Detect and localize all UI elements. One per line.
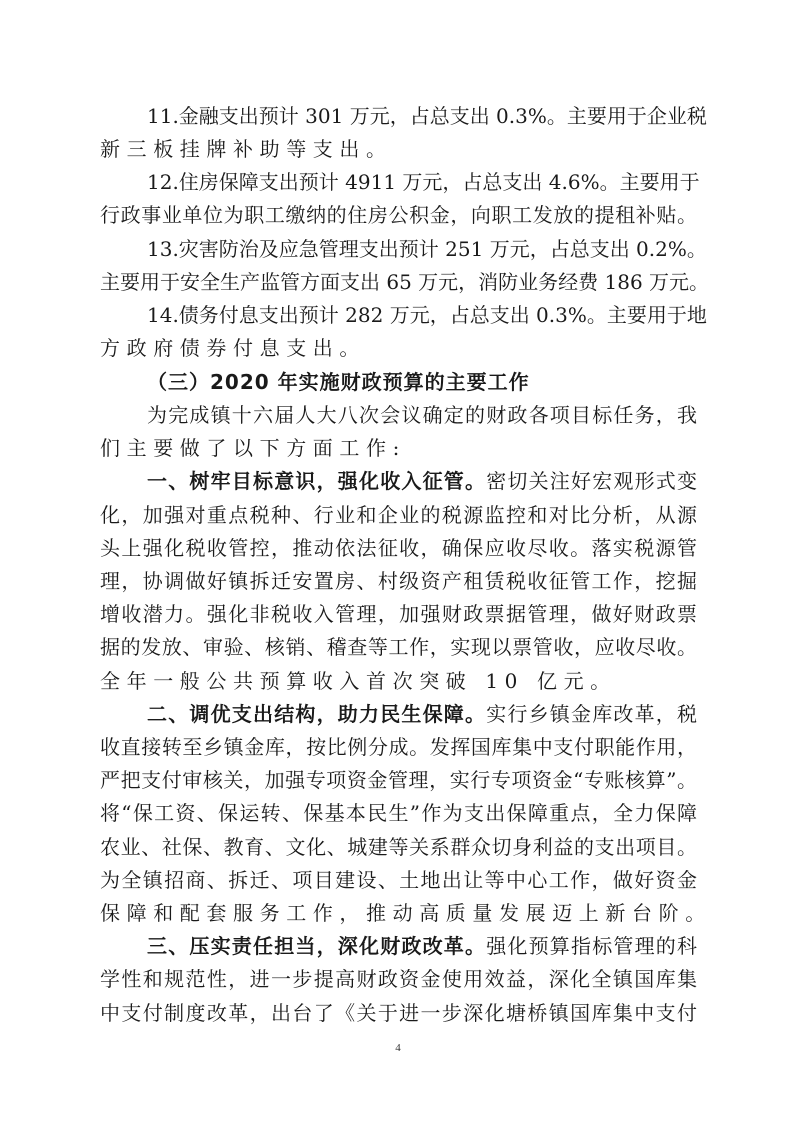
paragraph-line: 们主要做了以下方面工作:: [100, 432, 697, 465]
paragraph-line: 据的发放、审验、核销、稽查等工作，实现以票管收，应收尽收。: [100, 631, 697, 664]
paragraph-line: 13.灾害防治及应急管理支出预计 251 万元，占总支出 0.2%。: [147, 233, 697, 266]
bold-lead-text: 一、树牢目标意识，强化收入征管。: [147, 469, 486, 493]
paragraph-line: 农业、社保、教育、文化、城建等关系群众切身利益的支出项目。: [100, 831, 697, 864]
bold-lead-text: 二、调优支出结构，助力民生保障。: [147, 702, 486, 726]
paragraph-line: 学性和规范性，进一步提高财政资金使用效益，深化全镇国库集: [100, 963, 697, 996]
paragraph-line: 理，协调做好镇拆迁安置房、村级资产租赁税收征管工作，挖掘: [100, 565, 697, 598]
paragraph-line: 行政事业单位为职工缴纳的住房公积金，向职工发放的提租补贴。: [100, 199, 697, 232]
paragraph-line: 为完成镇十六届人大八次会议确定的财政各项目标任务，我: [147, 399, 697, 432]
paragraph-line: 为全镇招商、拆迁、项目建设、土地出让等中心工作，做好资金: [100, 864, 697, 897]
paragraph-line: 三、压实责任担当，深化财政改革。强化预算指标管理的科: [147, 930, 697, 963]
paragraph-text: 密切关注好宏观形式变: [486, 469, 697, 493]
paragraph-text: 实行乡镇金库改革，税: [486, 702, 697, 726]
paragraph-line: 收直接转至乡镇金库，按比例分成。发挥国库集中支付职能作用，: [100, 731, 697, 764]
section-heading: （三）2020 年实施财政预算的主要工作: [147, 366, 697, 399]
paragraph-line: 新三板挂牌补助等支出。: [100, 133, 697, 166]
paragraph-line: 头上强化税收管控，推动依法征收，确保应收尽收。落实税源管: [100, 532, 697, 565]
paragraph-line: 二、调优支出结构，助力民生保障。实行乡镇金库改革，税: [147, 698, 697, 731]
paragraph-line: 14.债务付息支出预计 282 万元，占总支出 0.3%。主要用于地: [147, 299, 697, 332]
paragraph-text: 强化预算指标管理的科: [486, 934, 697, 958]
paragraph-line: 一、树牢目标意识，强化收入征管。密切关注好宏观形式变: [147, 465, 697, 498]
paragraph-line: 中支付制度改革，出台了《关于进一步深化塘桥镇国库集中支付: [100, 997, 697, 1030]
paragraph-line: 12.住房保障支出预计 4911 万元，占总支出 4.6%。主要用于: [147, 166, 697, 199]
paragraph-line: 11.金融支出预计 301 万元，占总支出 0.3%。主要用于企业税: [147, 100, 697, 133]
document-page: 11.金融支出预计 301 万元，占总支出 0.3%。主要用于企业税 新三板挂牌…: [0, 0, 793, 1122]
paragraph-line: 全年一般公共预算收入首次突破 10 亿元。: [100, 665, 697, 698]
paragraph-line: 化，加强对重点税种、行业和企业的税源监控和对比分析，从源: [100, 499, 697, 532]
bold-lead-text: 三、压实责任担当，深化财政改革。: [147, 934, 486, 958]
paragraph-line: 增收潜力。强化非税收入管理，加强财政票据管理，做好财政票: [100, 598, 697, 631]
paragraph-line: 主要用于安全生产监管方面支出 65 万元，消防业务经费 186 万元。: [100, 266, 697, 299]
paragraph-line: 保障和配套服务工作，推动高质量发展迈上新台阶。: [100, 897, 697, 930]
page-number: 4: [390, 1042, 406, 1054]
paragraph-line: 方政府债券付息支出。: [100, 332, 697, 365]
paragraph-line: 将“保工资、保运转、保基本民生”作为支出保障重点，全力保障: [100, 797, 697, 830]
paragraph-line: 严把支付审核关，加强专项资金管理，实行专项资金“专账核算”。: [100, 764, 697, 797]
